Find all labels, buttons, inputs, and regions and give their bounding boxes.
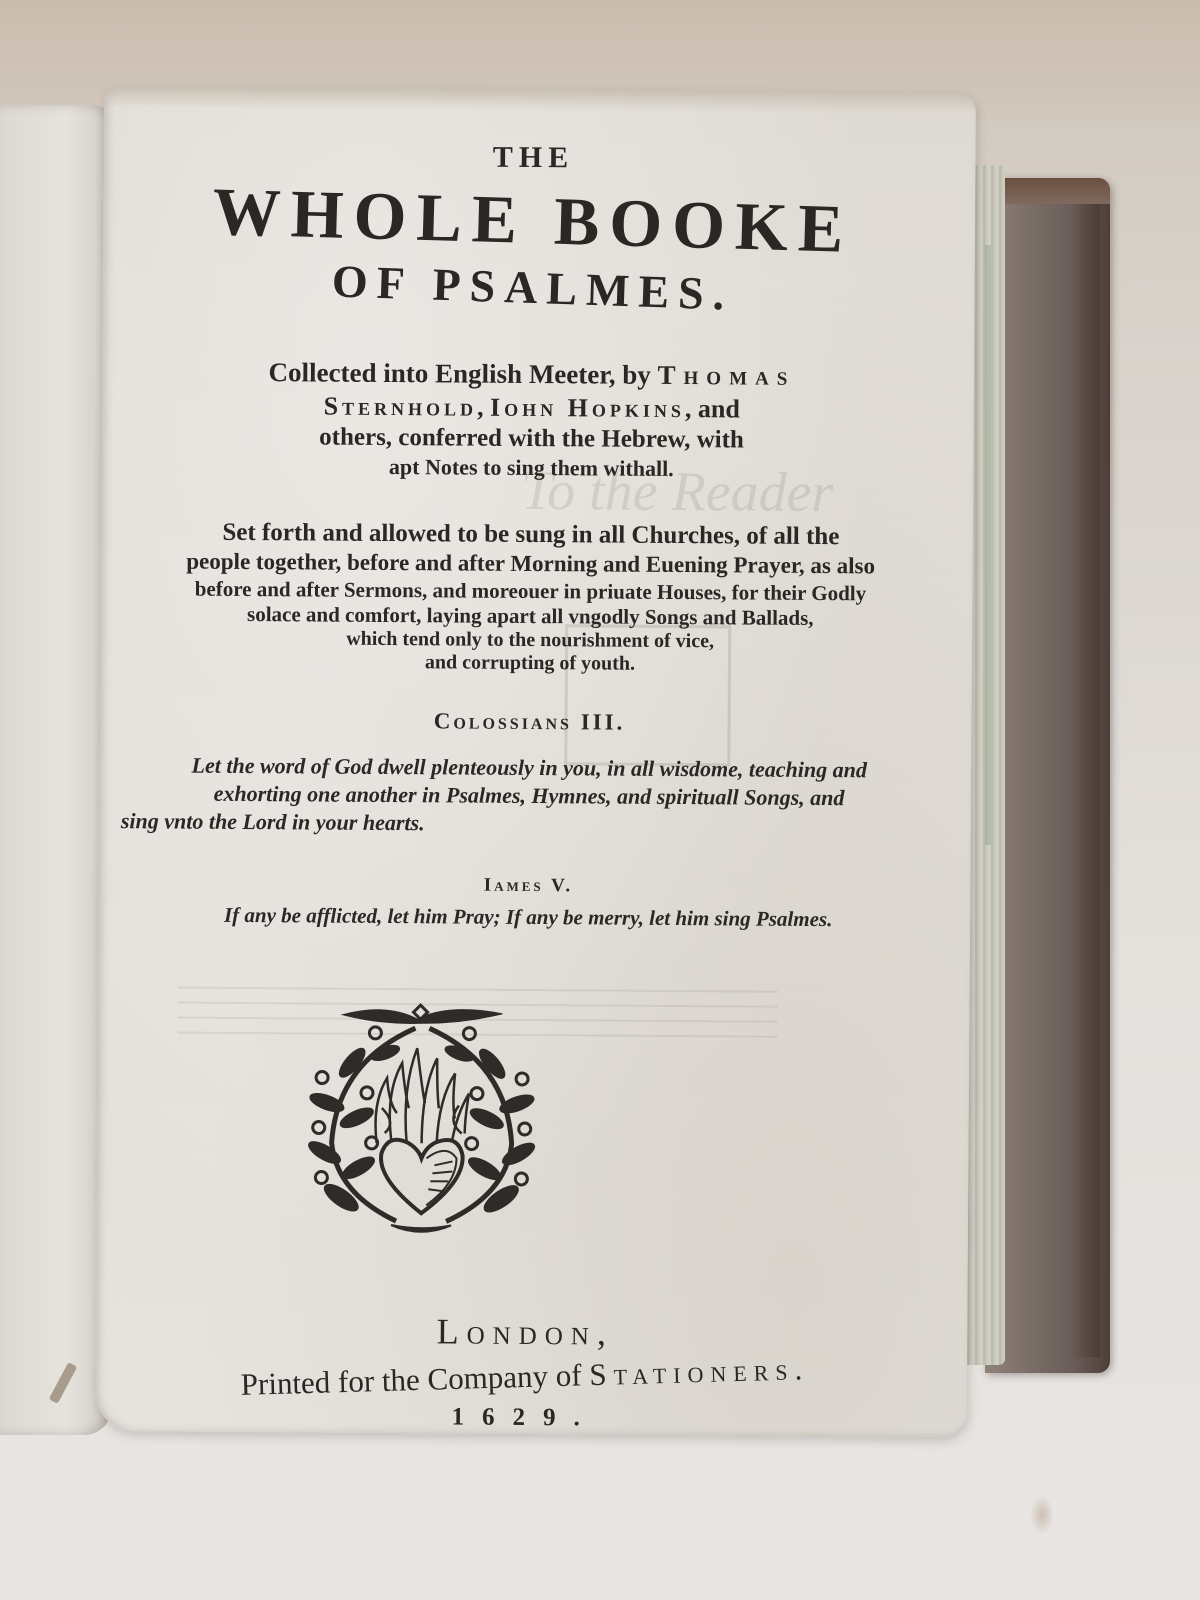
page-top-fray — [104, 86, 976, 114]
conferred-line: others, conferred with the Hebrew, with — [101, 422, 961, 456]
author-sternhold: Sternhold — [324, 392, 478, 422]
imprint-printer-line: Printed for the Company of Stationers. — [95, 1347, 956, 1407]
set-forth-line: and corrupting of youth. — [100, 649, 960, 678]
james-heading: Iames V. — [98, 872, 958, 900]
colossians-heading: Colossians III. — [99, 706, 959, 738]
imprint-year: 1629. — [95, 1401, 955, 1435]
printed-prefix: Printed for the Company of — [240, 1357, 590, 1402]
notes-line: apt Notes to sing them withall. — [101, 452, 961, 484]
table-mark — [1030, 1495, 1054, 1535]
bleed-through-staff — [178, 987, 778, 993]
title-page: To the Reader THE WHOLE BOOKE OF PSALMES… — [95, 86, 976, 1437]
james-line: If any be afflicted, let him Pray; If an… — [98, 902, 958, 933]
collected-line: Collected into English Meeter, by Thomas — [102, 356, 962, 393]
colossians-line: exhorting one another in Psalmes, Hymnes… — [99, 780, 959, 812]
authors-line: Sternhold, Iohn Hopkins, and — [102, 390, 962, 426]
author-separator: , — [477, 393, 490, 422]
author-hopkins: Iohn Hopkins — [490, 393, 685, 423]
authors-suffix: , and — [685, 394, 740, 423]
author-first-name: Thomas — [657, 360, 795, 391]
printer-name: Stationers. — [589, 1351, 810, 1392]
set-forth-line: Set forth and allowed to be sung in all … — [101, 518, 961, 552]
collected-prefix: Collected into English Meeter, by — [269, 357, 658, 390]
colossians-line: sing vnto the Lord in your hearts. — [109, 808, 981, 840]
imprint-city: London, — [95, 1308, 955, 1356]
flaming-heart-wreath-icon — [296, 992, 548, 1239]
set-forth-line: people together, before and after Mornin… — [101, 548, 961, 580]
colossians-line: Let the word of God dwell plenteously in… — [99, 752, 959, 784]
